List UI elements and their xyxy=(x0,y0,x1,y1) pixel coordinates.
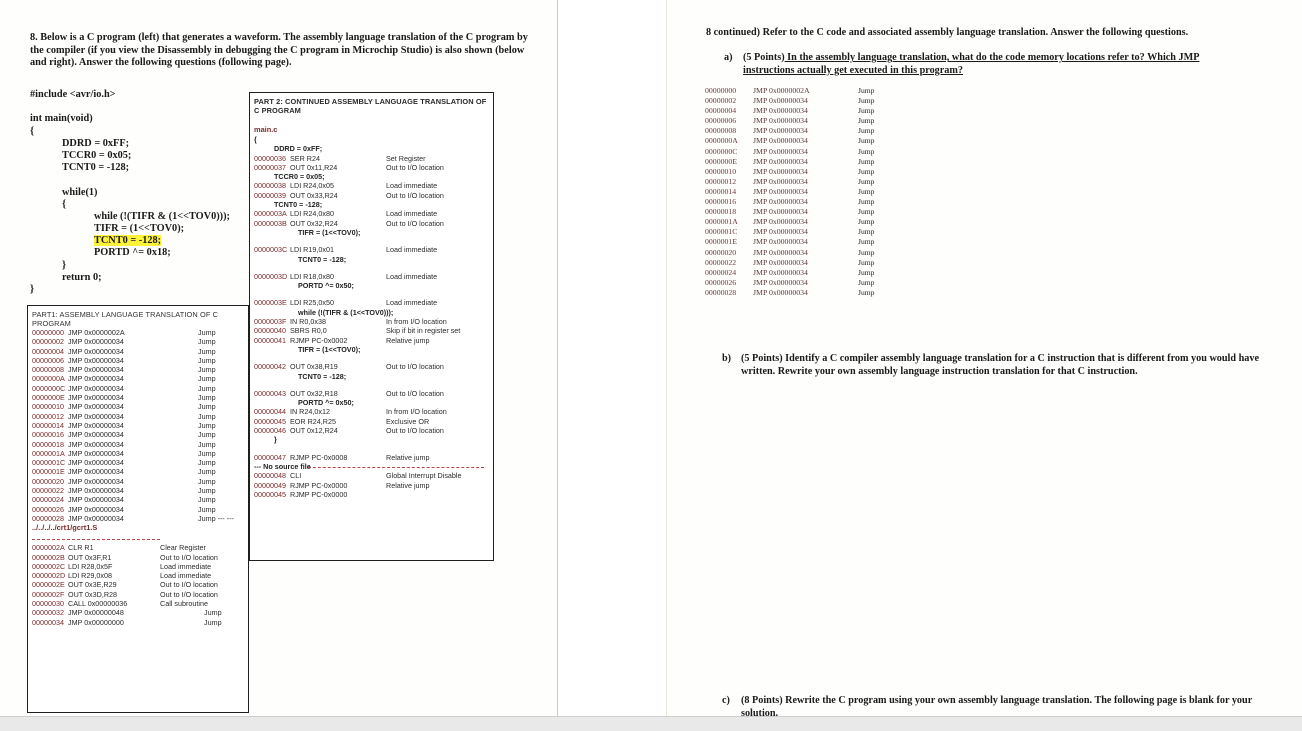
asm-row: 00000028JMP 0x00000034Jump --- --- xyxy=(28,514,248,523)
asm-row: 00000034JMP 0x00000000Jump xyxy=(28,618,248,627)
asm-row: 0000001AJMP 0x00000034Jump xyxy=(28,449,248,458)
c-code-line: { xyxy=(30,199,250,211)
startup-file-path: ../../../../crt1/gcrt1.S xyxy=(28,523,248,533)
asm-description: Global Interrupt Disable xyxy=(386,471,462,480)
asm-address: 00000002 xyxy=(32,337,64,346)
asm-description: Out to I/O location xyxy=(386,362,444,371)
asm-instruction: LDI R24,0x80 xyxy=(290,209,334,218)
asm-address: 0000002D xyxy=(32,571,65,580)
asm-description: Jump xyxy=(858,136,874,146)
c-code-text: } xyxy=(30,284,34,295)
asm-instruction: JMP 0x00000034 xyxy=(68,505,124,514)
asm-instruction: JMP 0x00000034 xyxy=(68,458,124,467)
asm-row: 00000008JMP 0x00000034Jump xyxy=(28,365,248,374)
asm-address: 00000043 xyxy=(254,389,286,398)
asm-description: Exclusive OR xyxy=(386,417,429,426)
asm-description: Load immediate xyxy=(160,562,211,571)
asm-address: 0000000E xyxy=(705,157,737,166)
asm-address: 00000022 xyxy=(705,258,736,267)
c-code-text: { xyxy=(62,199,66,210)
spacer xyxy=(250,354,493,362)
asm-instruction: LDI R29,0x08 xyxy=(68,571,112,580)
asm-address: 0000000C xyxy=(32,384,65,393)
c-code-text: DDRD = 0xFF; xyxy=(62,138,129,149)
part1-vector-table: 00000000JMP 0x0000002AJump00000002JMP 0x… xyxy=(28,328,248,523)
page-1: 8. Below is a C program (left) that gene… xyxy=(0,0,558,716)
asm-address: 0000000C xyxy=(705,147,738,156)
asm-row: 00000043OUT 0x32,R18Out to I/O location xyxy=(250,389,493,398)
asm-description: Load immediate xyxy=(386,245,437,254)
c-source-line: TCNT0 = -128; xyxy=(250,372,493,381)
asm-address: 00000030 xyxy=(32,599,64,608)
vector-row: 0000000CJMP 0x00000034Jump xyxy=(705,147,895,157)
asm-description: Jump xyxy=(858,268,874,278)
c-code-line: DDRD = 0xFF; xyxy=(30,138,250,150)
asm-instruction: JMP 0x00000034 xyxy=(753,288,808,298)
asm-description: Jump xyxy=(198,402,216,411)
asm-address: 00000040 xyxy=(254,326,286,335)
spacer xyxy=(250,290,493,298)
question-a-text: In the assembly language translation, wh… xyxy=(743,52,1199,76)
asm-address: 00000036 xyxy=(254,154,286,163)
c-code-line xyxy=(30,174,250,186)
asm-row: 00000002JMP 0x00000034Jump xyxy=(28,337,248,346)
asm-description: Out to I/O location xyxy=(160,580,218,589)
asm-instruction: IN R24,0x12 xyxy=(290,407,330,416)
question-b-text: Identify a C compiler assembly language … xyxy=(741,353,1259,377)
asm-instruction: JMP 0x00000034 xyxy=(68,393,124,402)
asm-row: 00000020JMP 0x00000034Jump xyxy=(28,477,248,486)
asm-address: 00000010 xyxy=(32,402,64,411)
c-code-line: TCNT0 = -128; xyxy=(30,235,250,247)
asm-row: 0000000AJMP 0x00000034Jump xyxy=(28,374,248,383)
vector-row: 00000000JMP 0x0000002AJump xyxy=(705,86,895,96)
source-file-name: main.c xyxy=(250,115,493,135)
asm-row: 0000003ALDI R24,0x80Load immediate xyxy=(250,209,493,218)
asm-instruction: JMP 0x00000034 xyxy=(68,486,124,495)
asm-address: 00000020 xyxy=(32,477,64,486)
asm-address: 0000000A xyxy=(32,374,65,383)
asm-instruction: LDI R24,0x05 xyxy=(290,181,334,190)
c-source-line: TCCR0 = 0x05; xyxy=(250,172,493,181)
c-program-listing: #include <avr/io.h>int main(void){DDRD =… xyxy=(30,89,250,296)
asm-description: Jump xyxy=(198,421,216,430)
asm-description: Jump xyxy=(198,393,216,402)
asm-address: 00000039 xyxy=(254,191,286,200)
asm-instruction: JMP 0x00000034 xyxy=(68,495,124,504)
asm-instruction: JMP 0x00000034 xyxy=(68,514,124,523)
asm-address: 0000003F xyxy=(254,317,286,326)
asm-address: 0000001A xyxy=(705,217,738,226)
asm-row: 0000002FOUT 0x3D,R28Out to I/O location xyxy=(28,590,248,599)
asm-description: Jump xyxy=(858,258,874,268)
c-code-text: return 0; xyxy=(62,272,102,283)
vector-row: 00000002JMP 0x00000034Jump xyxy=(705,96,895,106)
asm-description: Jump xyxy=(858,237,874,247)
c-code-text: { xyxy=(30,126,34,137)
asm-address: 00000018 xyxy=(32,440,64,449)
asm-instruction: JMP 0x00000034 xyxy=(753,187,808,197)
asm-description: Jump xyxy=(858,157,874,167)
asm-address: 00000028 xyxy=(705,288,736,297)
asm-description: Jump xyxy=(198,374,216,383)
asm-description: Out to I/O location xyxy=(386,426,444,435)
vector-row: 0000001EJMP 0x00000034Jump xyxy=(705,237,895,247)
asm-instruction: JMP 0x0000002A xyxy=(753,86,810,96)
vector-row: 00000022JMP 0x00000034Jump xyxy=(705,258,895,268)
asm-row: 00000039OUT 0x33,R24Out to I/O location xyxy=(250,191,493,200)
asm-address: 00000018 xyxy=(705,207,736,216)
asm-address: 00000042 xyxy=(254,362,286,371)
c-code-text: PORTD ^= 0x18; xyxy=(94,247,171,258)
asm-address: 0000003E xyxy=(254,298,287,307)
asm-description: Jump xyxy=(858,248,874,258)
asm-description: Jump xyxy=(858,227,874,237)
asm-instruction: JMP 0x00000034 xyxy=(68,421,124,430)
asm-address: 0000001E xyxy=(705,237,737,246)
asm-row: 00000045EOR R24,R25Exclusive OR xyxy=(250,417,493,426)
asm-address: 0000001C xyxy=(705,227,738,236)
c-code-line: TCNT0 = -128; xyxy=(30,162,250,174)
asm-description: Out to I/O location xyxy=(386,163,444,172)
asm-instruction: CALL 0x00000036 xyxy=(68,599,127,608)
asm-instruction: CLI xyxy=(290,471,301,480)
asm-address: 0000001E xyxy=(32,467,65,476)
asm-address: 0000002F xyxy=(32,590,64,599)
asm-description: Jump xyxy=(858,197,874,207)
c-code-line: TIFR = (1<<TOV0); xyxy=(30,223,250,235)
asm-instruction: RJMP PC-0x0000 xyxy=(290,490,347,499)
asm-address: 00000000 xyxy=(32,328,64,337)
part2-assembly-box: PART 2: CONTINUED ASSEMBLY LANGUAGE TRAN… xyxy=(249,92,494,561)
asm-instruction: SER R24 xyxy=(290,154,320,163)
asm-instruction: JMP 0x00000034 xyxy=(753,278,808,288)
asm-address: 00000045 xyxy=(254,417,286,426)
c-code-text: while(1) xyxy=(62,187,97,198)
asm-description: Jump xyxy=(858,177,874,187)
asm-description: Relative jump xyxy=(386,453,430,462)
asm-description: Skip if bit in register set xyxy=(386,326,460,335)
asm-instruction: OUT 0x3D,R28 xyxy=(68,590,117,599)
c-code-line: int main(void) xyxy=(30,113,250,125)
question-8-intro: 8. Below is a C program (left) that gene… xyxy=(30,32,540,70)
asm-instruction: JMP 0x00000034 xyxy=(753,106,808,116)
asm-instruction: JMP 0x00000034 xyxy=(68,477,124,486)
vector-row: 00000024JMP 0x00000034Jump xyxy=(705,268,895,278)
vector-row: 00000028JMP 0x00000034Jump xyxy=(705,288,895,298)
vector-row: 0000001AJMP 0x00000034Jump xyxy=(705,217,895,227)
vector-row: 00000026JMP 0x00000034Jump xyxy=(705,278,895,288)
asm-address: 0000002A xyxy=(32,543,65,552)
asm-instruction: JMP 0x00000034 xyxy=(753,147,808,157)
asm-description: Jump xyxy=(858,167,874,177)
c-code-line: while (!(TIFR & (1<<TOV0))); xyxy=(30,211,250,223)
asm-description: Clear Register xyxy=(160,543,206,552)
asm-description: Jump xyxy=(204,608,222,617)
asm-row: 0000003BOUT 0x32,R24Out to I/O location xyxy=(250,219,493,228)
asm-instruction: LDI R25,0x50 xyxy=(290,298,334,307)
vector-row: 00000012JMP 0x00000034Jump xyxy=(705,177,895,187)
asm-address: 00000006 xyxy=(705,116,736,125)
question-a-points: (5 Points) xyxy=(743,52,785,63)
dashed-separator xyxy=(308,467,484,468)
asm-row: 00000049RJMP PC-0x0000Relative jump xyxy=(250,481,493,490)
asm-instruction: JMP 0x00000048 xyxy=(68,608,124,617)
asm-address: 0000002E xyxy=(32,580,65,589)
asm-description: Jump xyxy=(204,618,222,627)
asm-description: Jump xyxy=(198,412,216,421)
asm-address: 00000034 xyxy=(32,618,64,627)
asm-row: 00000024JMP 0x00000034Jump xyxy=(28,495,248,504)
asm-row: 0000001EJMP 0x00000034Jump xyxy=(28,467,248,476)
asm-address: 00000046 xyxy=(254,426,286,435)
asm-instruction: JMP 0x00000034 xyxy=(753,157,808,167)
asm-description: Relative jump xyxy=(386,481,430,490)
asm-instruction: IN R0,0x38 xyxy=(290,317,326,326)
asm-description: Jump xyxy=(198,495,216,504)
asm-address: 00000012 xyxy=(705,177,736,186)
asm-row: 0000003DLDI R18,0x80Load immediate xyxy=(250,272,493,281)
c-code-line: PORTD ^= 0x18; xyxy=(30,247,250,259)
asm-address: 00000004 xyxy=(32,347,64,356)
asm-instruction: OUT 0x32,R24 xyxy=(290,219,338,228)
asm-address: 0000003A xyxy=(254,209,287,218)
asm-row: 0000002BOUT 0x3F,R1Out to I/O location xyxy=(28,553,248,562)
asm-row: 0000002DLDI R29,0x08Load immediate xyxy=(28,571,248,580)
asm-description: Load immediate xyxy=(386,209,437,218)
asm-description: Out to I/O location xyxy=(386,219,444,228)
asm-row: 00000046OUT 0x12,R24Out to I/O location xyxy=(250,426,493,435)
asm-description: Out to I/O location xyxy=(160,553,218,562)
part1-assembly-box: PART1: ASSEMBLY LANGUAGE TRANSLATION OF … xyxy=(27,305,249,713)
c-source-line: TIFR = (1<<TOV0); xyxy=(250,345,493,354)
asm-instruction: JMP 0x00000034 xyxy=(753,177,808,187)
asm-instruction: RJMP PC-0x0002 xyxy=(290,336,347,345)
asm-description: In from I/O location xyxy=(386,317,447,326)
asm-address: 0000003C xyxy=(254,245,287,254)
asm-description: Jump xyxy=(198,505,216,514)
asm-row: 00000026JMP 0x00000034Jump xyxy=(28,505,248,514)
asm-address: 0000001A xyxy=(32,449,65,458)
c-code-line: while(1) xyxy=(30,187,250,199)
asm-description: Jump xyxy=(198,365,216,374)
asm-description: Load immediate xyxy=(386,181,437,190)
asm-instruction: JMP 0x00000034 xyxy=(753,237,808,247)
asm-description: Jump --- --- xyxy=(198,514,234,523)
asm-row: 0000003ELDI R25,0x50Load immediate xyxy=(250,298,493,307)
c-source-line: { xyxy=(250,135,493,144)
asm-address: 00000010 xyxy=(705,167,736,176)
asm-address: 00000026 xyxy=(32,505,64,514)
part1-title: PART1: ASSEMBLY LANGUAGE TRANSLATION OF … xyxy=(28,306,248,328)
asm-address: 00000049 xyxy=(254,481,286,490)
asm-address: 00000004 xyxy=(705,106,736,115)
asm-row: 0000003CLDI R19,0x01Load immediate xyxy=(250,245,493,254)
asm-address: 00000041 xyxy=(254,336,286,345)
part2-disassembly: {DDRD = 0xFF;00000036SER R24Set Register… xyxy=(250,135,493,499)
asm-row: 00000032JMP 0x00000048Jump xyxy=(28,608,248,617)
asm-description: Jump xyxy=(198,356,216,365)
asm-instruction: JMP 0x0000002A xyxy=(68,328,125,337)
asm-row: 0000002ACLR R1Clear Register xyxy=(28,543,248,552)
spacer xyxy=(250,264,493,272)
c-source-line: TCNT0 = -128; xyxy=(250,255,493,264)
asm-row: 00000014JMP 0x00000034Jump xyxy=(28,421,248,430)
c-code-text: TIFR = (1<<TOV0); xyxy=(94,223,184,234)
asm-address: 00000000 xyxy=(705,86,736,95)
asm-description: Jump xyxy=(858,86,874,96)
asm-address: 0000002C xyxy=(32,562,65,571)
asm-description: Jump xyxy=(858,147,874,157)
asm-description: Relative jump xyxy=(386,336,430,345)
asm-address: 0000000A xyxy=(705,136,738,145)
asm-instruction: JMP 0x00000034 xyxy=(753,126,808,136)
c-code-text: #include <avr/io.h> xyxy=(30,89,116,100)
asm-instruction: LDI R28,0x5F xyxy=(68,562,112,571)
asm-instruction: JMP 0x00000034 xyxy=(753,197,808,207)
asm-row: 00000000JMP 0x0000002AJump xyxy=(28,328,248,337)
asm-description: Out to I/O location xyxy=(386,389,444,398)
asm-row: 0000002CLDI R28,0x5FLoad immediate xyxy=(28,562,248,571)
question-b: b) (5 Points) Identify a C compiler asse… xyxy=(722,353,1282,379)
viewer-bottom-edge xyxy=(0,716,1302,731)
asm-instruction: JMP 0x00000034 xyxy=(68,449,124,458)
asm-description: Jump xyxy=(198,477,216,486)
asm-description: In from I/O location xyxy=(386,407,447,416)
c-code-text: } xyxy=(62,260,66,271)
dashed-separator xyxy=(32,539,160,540)
asm-instruction: OUT 0x38,R19 xyxy=(290,362,338,371)
asm-description: Jump xyxy=(198,458,216,467)
asm-description: Out to I/O location xyxy=(160,590,218,599)
asm-description: Jump xyxy=(198,384,216,393)
asm-description: Load immediate xyxy=(386,272,437,281)
asm-description: Jump xyxy=(858,207,874,217)
asm-description: Jump xyxy=(858,126,874,136)
asm-address: 00000037 xyxy=(254,163,286,172)
asm-row: 0000000CJMP 0x00000034Jump xyxy=(28,384,248,393)
asm-instruction: JMP 0x00000034 xyxy=(753,248,808,258)
asm-address: 00000047 xyxy=(254,453,286,462)
asm-row: 00000037OUT 0x11,R24Out to I/O location xyxy=(250,163,493,172)
asm-row: 00000012JMP 0x00000034Jump xyxy=(28,412,248,421)
asm-row: 00000044IN R24,0x12In from I/O location xyxy=(250,407,493,416)
asm-instruction: SBRS R0,0 xyxy=(290,326,327,335)
highlighted-statement: TCNT0 = -128; xyxy=(94,235,161,246)
asm-address: 00000016 xyxy=(705,197,736,206)
asm-row: 00000040SBRS R0,0Skip if bit in register… xyxy=(250,326,493,335)
asm-row: 0000003FIN R0,0x38In from I/O location xyxy=(250,317,493,326)
c-code-text: int main(void) xyxy=(30,113,93,124)
vector-table-copy: 00000000JMP 0x0000002AJump00000002JMP 0x… xyxy=(705,86,895,298)
asm-address: 00000044 xyxy=(254,407,286,416)
asm-row: 00000010JMP 0x00000034Jump xyxy=(28,402,248,411)
asm-instruction: OUT 0x33,R24 xyxy=(290,191,338,200)
asm-address: 00000048 xyxy=(254,471,286,480)
spacer xyxy=(250,381,493,389)
asm-instruction: JMP 0x00000000 xyxy=(68,618,124,627)
asm-instruction: LDI R18,0x80 xyxy=(290,272,334,281)
vector-row: 00000016JMP 0x00000034Jump xyxy=(705,197,895,207)
asm-instruction: JMP 0x00000034 xyxy=(753,258,808,268)
vector-row: 00000010JMP 0x00000034Jump xyxy=(705,167,895,177)
asm-address: 00000032 xyxy=(32,608,64,617)
asm-instruction: OUT 0x12,R24 xyxy=(290,426,338,435)
asm-address: 00000020 xyxy=(705,248,736,257)
asm-instruction: RJMP PC-0x0008 xyxy=(290,453,347,462)
asm-description: Jump xyxy=(198,430,216,439)
asm-address: 00000016 xyxy=(32,430,64,439)
asm-description: Load immediate xyxy=(386,298,437,307)
asm-address: 0000000E xyxy=(32,393,65,402)
asm-instruction: JMP 0x00000034 xyxy=(68,467,124,476)
asm-address: 00000026 xyxy=(705,278,736,287)
asm-address: 00000012 xyxy=(32,412,64,421)
asm-row: 0000002EOUT 0x3E,R29Out to I/O location xyxy=(28,580,248,589)
asm-instruction: JMP 0x00000034 xyxy=(68,337,124,346)
spacer xyxy=(250,445,493,453)
question-c-label: c) xyxy=(722,695,730,708)
asm-address: 00000022 xyxy=(32,486,64,495)
asm-row: 00000022JMP 0x00000034Jump xyxy=(28,486,248,495)
asm-description: Out to I/O location xyxy=(386,191,444,200)
part2-title: PART 2: CONTINUED ASSEMBLY LANGUAGE TRAN… xyxy=(250,93,493,115)
vector-row: 00000004JMP 0x00000034Jump xyxy=(705,106,895,116)
asm-description: Jump xyxy=(858,116,874,126)
asm-instruction: JMP 0x00000034 xyxy=(753,207,808,217)
asm-row: 00000036SER R24Set Register xyxy=(250,154,493,163)
asm-row: 00000038LDI R24,0x05Load immediate xyxy=(250,181,493,190)
asm-description: Jump xyxy=(198,440,216,449)
vector-row: 00000006JMP 0x00000034Jump xyxy=(705,116,895,126)
asm-description: Jump xyxy=(198,347,216,356)
asm-instruction: JMP 0x00000034 xyxy=(68,356,124,365)
asm-description: Jump xyxy=(858,278,874,288)
asm-instruction: JMP 0x00000034 xyxy=(68,365,124,374)
asm-instruction: JMP 0x00000034 xyxy=(753,167,808,177)
c-source-line: PORTD ^= 0x50; xyxy=(250,398,493,407)
asm-instruction: JMP 0x00000034 xyxy=(753,136,808,146)
question-a: a) (5 Points) In the assembly language t… xyxy=(724,52,1244,78)
c-source-line: PORTD ^= 0x50; xyxy=(250,281,493,290)
asm-address: 00000038 xyxy=(254,181,286,190)
asm-row: 00000018JMP 0x00000034Jump xyxy=(28,440,248,449)
vector-row: 0000001CJMP 0x00000034Jump xyxy=(705,227,895,237)
asm-row: 00000047RJMP PC-0x0008Relative jump xyxy=(250,453,493,462)
asm-description: Jump xyxy=(198,449,216,458)
asm-instruction: JMP 0x00000034 xyxy=(68,402,124,411)
c-code-text: TCNT0 = -128; xyxy=(62,162,129,173)
asm-instruction: JMP 0x00000034 xyxy=(68,412,124,421)
asm-row: 00000006JMP 0x00000034Jump xyxy=(28,356,248,365)
vector-row: 00000008JMP 0x00000034Jump xyxy=(705,126,895,136)
asm-address: 00000028 xyxy=(32,514,64,523)
asm-instruction: JMP 0x00000034 xyxy=(68,374,124,383)
asm-instruction: JMP 0x00000034 xyxy=(753,227,808,237)
asm-instruction: EOR R24,R25 xyxy=(290,417,336,426)
c-code-line xyxy=(30,101,250,113)
question-a-label: a) xyxy=(724,52,733,65)
asm-description: Jump xyxy=(198,328,216,337)
asm-description: Jump xyxy=(198,337,216,346)
c-code-line: } xyxy=(30,284,250,296)
c-source-line: TCNT0 = -128; xyxy=(250,200,493,209)
asm-description: Load immediate xyxy=(160,571,211,580)
question-b-label: b) xyxy=(722,353,731,366)
asm-instruction: JMP 0x00000034 xyxy=(753,96,808,106)
asm-address: 00000014 xyxy=(32,421,64,430)
c-source-line: } xyxy=(250,435,493,444)
